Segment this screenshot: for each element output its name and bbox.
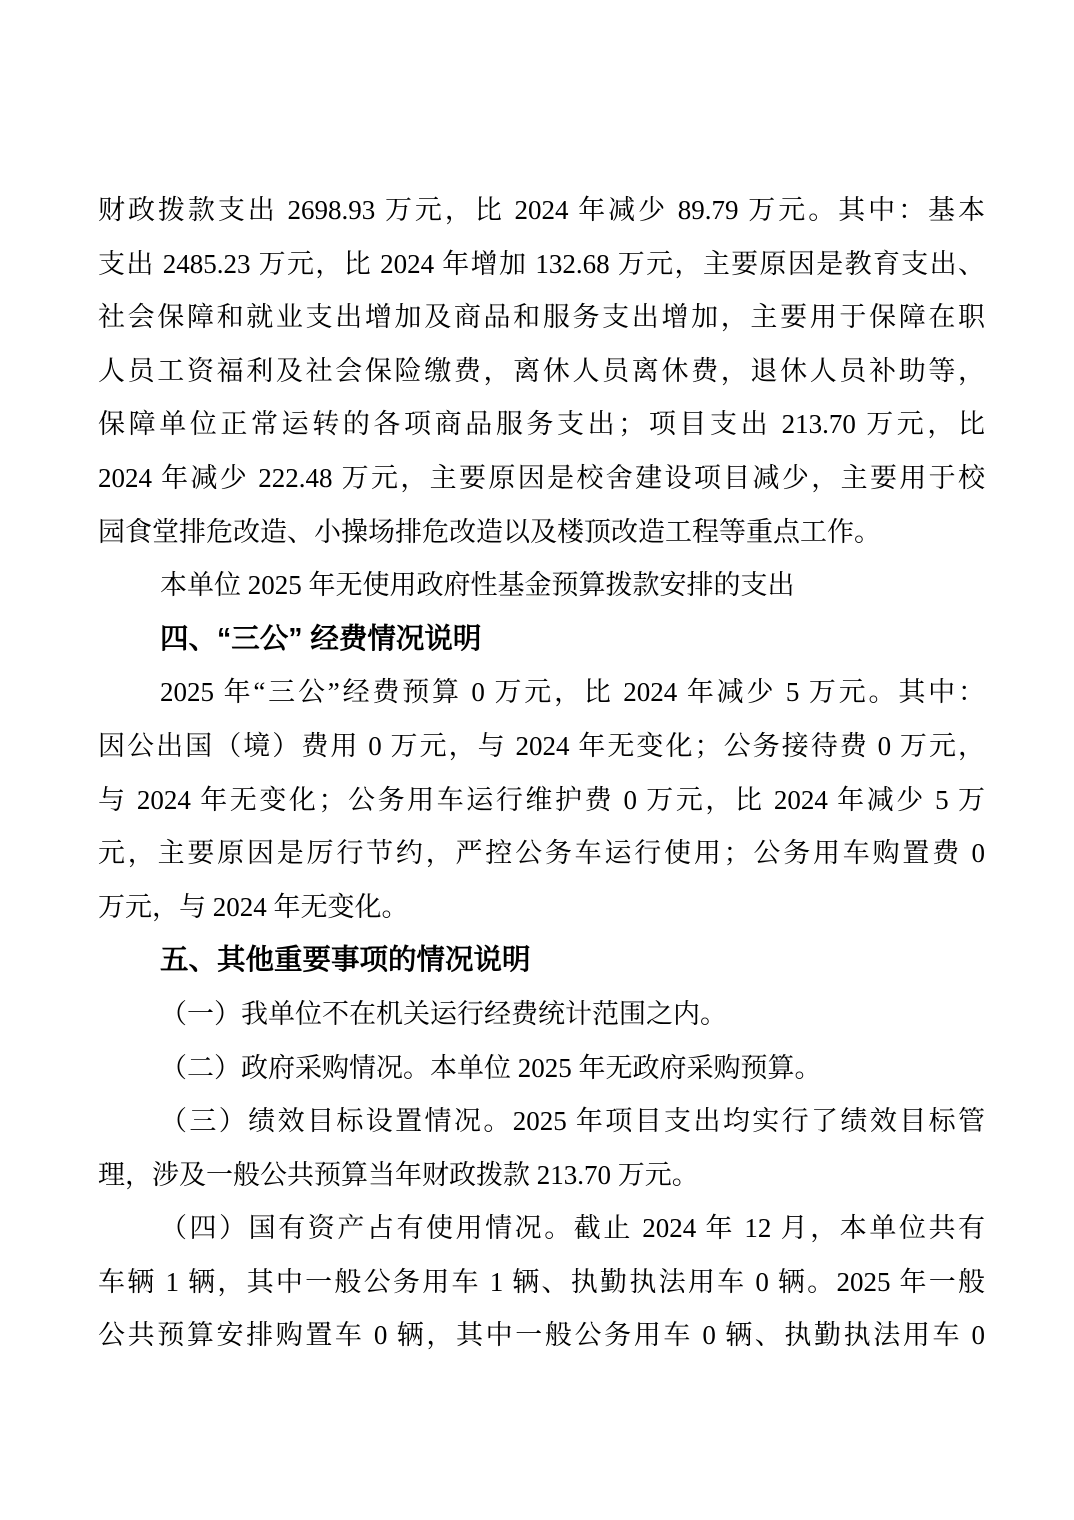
document-line: 园食堂排危改造、小操场排危改造以及楼顶改造工程等重点工作。	[98, 506, 985, 560]
document-line: 保障单位正常运转的各项商品服务支出；项目支出 213.70 万元，比	[98, 398, 985, 452]
section-heading-other-important-items: 五、其他重要事项的情况说明	[98, 934, 985, 988]
document-line: 理，涉及一般公共预算当年财政拨款 213.70 万元。	[98, 1149, 985, 1203]
document-line: （三）绩效目标设置情况。2025 年项目支出均实行了绩效目标管	[98, 1095, 985, 1149]
document-line: （一）我单位不在机关运行经费统计范围之内。	[98, 988, 985, 1042]
document-line: 公共预算安排购置车 0 辆，其中一般公务用车 0 辆、执勤执法用车 0	[98, 1309, 985, 1363]
document-line: 2025 年“三公”经费预算 0 万元，比 2024 年减少 5 万元。其中：	[98, 666, 985, 720]
document-line: （四）国有资产占有使用情况。截止 2024 年 12 月，本单位共有	[98, 1202, 985, 1256]
document-line: 财政拨款支出 2698.93 万元，比 2024 年减少 89.79 万元。其中…	[98, 184, 985, 238]
document-line: 万元，与 2024 年无变化。	[98, 881, 985, 935]
document-line: 支出 2485.23 万元，比 2024 年增加 132.68 万元，主要原因是…	[98, 238, 985, 292]
document-line: 本单位 2025 年无使用政府性基金预算拨款安排的支出	[98, 559, 985, 613]
document-line: 车辆 1 辆，其中一般公务用车 1 辆、执勤执法用车 0 辆。2025 年一般	[98, 1256, 985, 1310]
document-line: 因公出国（境）费用 0 万元，与 2024 年无变化；公务接待费 0 万元，	[98, 720, 985, 774]
section-heading-sangong-expenses: 四、“三公” 经费情况说明	[98, 613, 985, 667]
document-line: 2024 年减少 222.48 万元，主要原因是校舍建设项目减少，主要用于校	[98, 452, 985, 506]
document-text-block: 财政拨款支出 2698.93 万元，比 2024 年减少 89.79 万元。其中…	[98, 184, 985, 1363]
document-line: 人员工资福利及社会保险缴费，离休人员离休费，退休人员补助等，	[98, 345, 985, 399]
document-line: 元，主要原因是厉行节约，严控公务车运行使用；公务用车购置费 0	[98, 827, 985, 881]
document-line: （二）政府采购情况。本单位 2025 年无政府采购预算。	[98, 1042, 985, 1096]
document-line: 与 2024 年无变化；公务用车运行维护费 0 万元，比 2024 年减少 5 …	[98, 774, 985, 828]
document-page: 财政拨款支出 2698.93 万元，比 2024 年减少 89.79 万元。其中…	[0, 0, 1074, 1520]
document-line: 社会保障和就业支出增加及商品和服务支出增加，主要用于保障在职	[98, 291, 985, 345]
